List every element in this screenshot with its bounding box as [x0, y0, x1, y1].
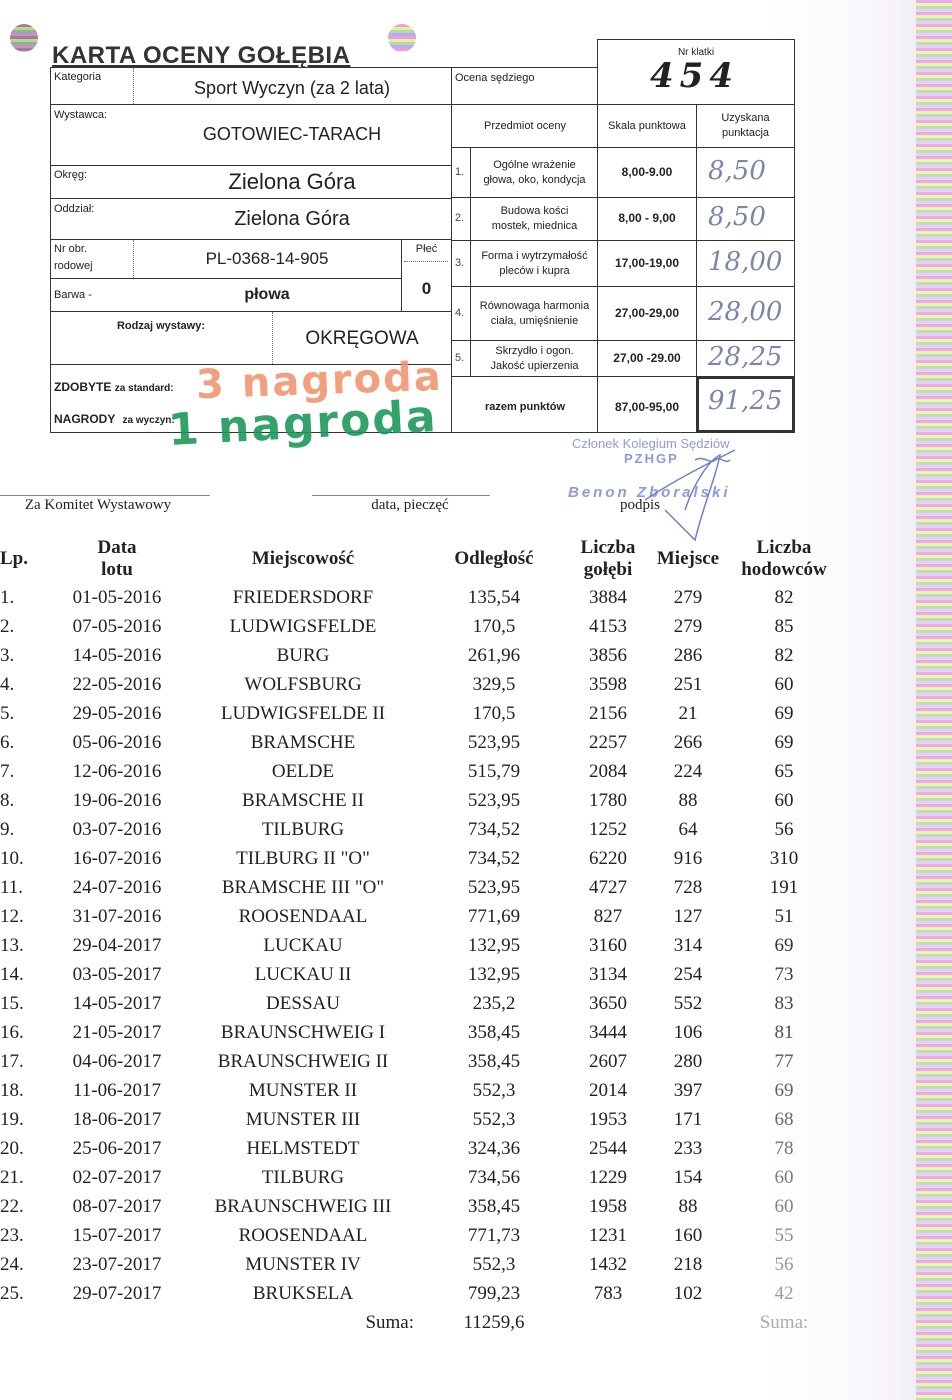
flight-distance: 523,95	[424, 728, 564, 757]
judge-row-score: 8,50	[708, 156, 766, 186]
flight-date: 29-05-2016	[52, 699, 182, 728]
flight-distance: 552,3	[424, 1105, 564, 1134]
judge-row-subject: Równowaga harmoniaciała, umięśnienie	[470, 299, 599, 329]
flight-place: 286	[652, 641, 724, 670]
flight-pigeons: 1231	[564, 1221, 652, 1250]
flight-place: 266	[652, 728, 724, 757]
flight-lp: 5.	[0, 699, 52, 728]
flight-place: 279	[652, 612, 724, 641]
flight-date: 21-05-2017	[52, 1018, 182, 1047]
branch-label: Oddział:	[54, 203, 94, 215]
flight-place: 171	[652, 1105, 724, 1134]
flight-breeders: 82	[724, 583, 844, 612]
flight-distance: 734,52	[424, 815, 564, 844]
flight-lp: 25.	[0, 1279, 52, 1308]
flight-pigeons: 6220	[564, 844, 652, 873]
flight-date: 24-07-2016	[52, 873, 182, 902]
col-date: Datalotu	[52, 535, 182, 583]
flight-place: 64	[652, 815, 724, 844]
judge-row-number: 4.	[455, 307, 464, 319]
flight-row: 8.19-06-2016BRAMSCHE II523,9517808860	[0, 786, 844, 815]
flight-row: 16.21-05-2017BRAUNSCHWEIG I358,453444106…	[0, 1018, 844, 1047]
flight-date: 23-07-2017	[52, 1250, 182, 1279]
flight-breeders: 81	[724, 1018, 844, 1047]
category-label: Kategoria	[54, 71, 101, 83]
punch-hole-right	[388, 24, 416, 52]
flight-city: DESSAU	[182, 989, 424, 1018]
flight-breeders: 51	[724, 902, 844, 931]
flight-lp: 24.	[0, 1250, 52, 1279]
sex-value: 0	[401, 279, 452, 299]
flight-pigeons: 2257	[564, 728, 652, 757]
col-pigeons: Liczbagołębi	[564, 535, 652, 583]
judge-row-score: 28,25	[708, 342, 782, 372]
flight-breeders: 77	[724, 1047, 844, 1076]
flight-lp: 23.	[0, 1221, 52, 1250]
flight-pigeons: 2156	[564, 699, 652, 728]
flight-pigeons: 4153	[564, 612, 652, 641]
signature-scribble-icon	[625, 440, 745, 550]
col-distance: Odległość	[424, 535, 564, 583]
flight-date: 07-05-2016	[52, 612, 182, 641]
flight-place: 251	[652, 670, 724, 699]
flight-breeders: 85	[724, 612, 844, 641]
flight-lp: 2.	[0, 612, 52, 641]
flight-distance: 170,5	[424, 612, 564, 641]
flight-breeders: 42	[724, 1279, 844, 1308]
flight-breeders: 310	[724, 844, 844, 873]
awards-label-2: NAGRODY za wyczyn:	[54, 412, 175, 426]
scale-header: Skala punktowa	[597, 119, 697, 134]
flight-row: 15.14-05-2017DESSAU235,2365055283	[0, 989, 844, 1018]
flight-row: 4.22-05-2016WOLFSBURG329,5359825160	[0, 670, 844, 699]
flight-date: 14-05-2016	[52, 641, 182, 670]
color-label: Barwa -	[54, 289, 92, 301]
punch-hole-left	[10, 24, 38, 52]
flight-distance: 771,69	[424, 902, 564, 931]
flight-place: 21	[652, 699, 724, 728]
flight-place: 397	[652, 1076, 724, 1105]
flight-pigeons: 1432	[564, 1250, 652, 1279]
flight-distance: 734,56	[424, 1163, 564, 1192]
flight-date: 05-06-2016	[52, 728, 182, 757]
flight-place: 106	[652, 1018, 724, 1047]
flight-row: 9.03-07-2016TILBURG734,5212526456	[0, 815, 844, 844]
flight-row: 25.29-07-2017BRUKSELA799,2378310242	[0, 1279, 844, 1308]
judge-row-number: 1.	[455, 166, 464, 178]
flight-place: 280	[652, 1047, 724, 1076]
sex-label: Płeć	[401, 243, 452, 255]
flight-pigeons: 3650	[564, 989, 652, 1018]
flight-distance: 135,54	[424, 583, 564, 612]
flight-place: 916	[652, 844, 724, 873]
flight-city: MUNSTER III	[182, 1105, 424, 1134]
flight-city: TILBURG II "O"	[182, 844, 424, 873]
flight-breeders: 60	[724, 786, 844, 815]
flight-city: TILBURG	[182, 1163, 424, 1192]
flight-city: ROOSENDAAL	[182, 1221, 424, 1250]
flight-date: 25-06-2017	[52, 1134, 182, 1163]
flight-place: 224	[652, 757, 724, 786]
flight-row: 12.31-07-2016ROOSENDAAL771,6982712751	[0, 902, 844, 931]
flight-lp: 15.	[0, 989, 52, 1018]
judge-row-score: 28,00	[708, 297, 782, 327]
flight-lp: 17.	[0, 1047, 52, 1076]
flight-row: 23.15-07-2017ROOSENDAAL771,73123116055	[0, 1221, 844, 1250]
flight-breeders: 60	[724, 1192, 844, 1221]
flight-row: 19.18-06-2017MUNSTER III552,3195317168	[0, 1105, 844, 1134]
flight-lp: 6.	[0, 728, 52, 757]
flight-distance: 734,52	[424, 844, 564, 873]
flight-city: LUCKAU	[182, 931, 424, 960]
sum-distance: 11259,6	[424, 1308, 564, 1337]
flight-pigeons: 1780	[564, 786, 652, 815]
flight-distance: 523,95	[424, 786, 564, 815]
flight-pigeons: 4727	[564, 873, 652, 902]
judge-row-number: 5.	[455, 352, 464, 364]
ring-label-2: rodowej	[54, 260, 93, 272]
flight-lp: 9.	[0, 815, 52, 844]
flight-lp: 21.	[0, 1163, 52, 1192]
flight-breeders: 55	[724, 1221, 844, 1250]
flight-breeders: 82	[724, 641, 844, 670]
flight-place: 314	[652, 931, 724, 960]
flight-pigeons: 2014	[564, 1076, 652, 1105]
total-scale: 87,00-95,00	[597, 400, 697, 415]
exhibitor-label: Wystawca:	[54, 109, 107, 121]
flight-place: 728	[652, 873, 724, 902]
flight-pigeons: 2607	[564, 1047, 652, 1076]
ring-number: PL-0368-14-905	[134, 249, 400, 269]
flight-breeders: 83	[724, 989, 844, 1018]
flight-pigeons: 783	[564, 1279, 652, 1308]
flight-row: 11.24-07-2016BRAMSCHE III "O"523,9547277…	[0, 873, 844, 902]
flight-date: 11-06-2017	[52, 1076, 182, 1105]
flight-distance: 552,3	[424, 1076, 564, 1105]
flight-lp: 1.	[0, 583, 52, 612]
flight-city: WOLFSBURG	[182, 670, 424, 699]
flight-breeders: 65	[724, 757, 844, 786]
flight-place: 160	[652, 1221, 724, 1250]
flight-distance: 235,2	[424, 989, 564, 1018]
flight-lp: 16.	[0, 1018, 52, 1047]
flight-row: 18.11-06-2017MUNSTER II552,3201439769	[0, 1076, 844, 1105]
flight-lp: 10.	[0, 844, 52, 873]
flight-distance: 799,23	[424, 1279, 564, 1308]
flights-table: Lp. Datalotu Miejscowość Odległość Liczb…	[0, 535, 844, 1337]
flight-city: BRAMSCHE III "O"	[182, 873, 424, 902]
sum-row: Suma: 11259,6 Suma:	[0, 1308, 844, 1337]
flight-date: 19-06-2016	[52, 786, 182, 815]
flight-distance: 771,73	[424, 1221, 564, 1250]
flight-row: 21.02-07-2017TILBURG734,56122915460	[0, 1163, 844, 1192]
flight-date: 31-07-2016	[52, 902, 182, 931]
ring-label-1: Nr obr.	[54, 243, 87, 255]
exhibitor-value: GOTOWIEC-TARACH	[134, 124, 450, 145]
flight-date: 18-06-2017	[52, 1105, 182, 1134]
flight-date: 15-07-2017	[52, 1221, 182, 1250]
flight-lp: 14.	[0, 960, 52, 989]
flight-lp: 13.	[0, 931, 52, 960]
flight-breeders: 78	[724, 1134, 844, 1163]
col-lp: Lp.	[0, 535, 52, 583]
awards-label-1: ZDOBYTE za standard:	[54, 380, 174, 394]
judge-row-number: 2.	[455, 212, 464, 224]
flight-place: 552	[652, 989, 724, 1018]
district-label: Okręg:	[54, 169, 87, 181]
flight-place: 218	[652, 1250, 724, 1279]
flight-distance: 358,45	[424, 1047, 564, 1076]
flight-date: 29-07-2017	[52, 1279, 182, 1308]
flight-lp: 20.	[0, 1134, 52, 1163]
flight-city: LUDWIGSFELDE	[182, 612, 424, 641]
flight-distance: 358,45	[424, 1192, 564, 1221]
flight-lp: 19.	[0, 1105, 52, 1134]
col-city: Miejscowość	[182, 535, 424, 583]
flight-city: BRAUNSCHWEIG III	[182, 1192, 424, 1221]
flight-pigeons: 2544	[564, 1134, 652, 1163]
flight-row: 20.25-06-2017HELMSTEDT324,36254423378	[0, 1134, 844, 1163]
flight-distance: 515,79	[424, 757, 564, 786]
score-header-1: Uzyskana	[696, 111, 795, 126]
col-place: Miejsce	[652, 535, 724, 583]
flight-city: BURG	[182, 641, 424, 670]
flight-breeders: 60	[724, 1163, 844, 1192]
flight-pigeons: 1229	[564, 1163, 652, 1192]
flight-lp: 12.	[0, 902, 52, 931]
district-value: Zielona Góra	[134, 169, 450, 195]
flight-city: MUNSTER IV	[182, 1250, 424, 1279]
sum-label: Suma:	[182, 1308, 424, 1337]
judge-row-subject: Forma i wytrzymałośćpleców i kupra	[470, 249, 599, 279]
judge-row-scale: 27,00 -29.00	[597, 351, 697, 366]
committee-label: Za Komitet Wystawowy	[0, 497, 196, 514]
score-header-2: punktacja	[696, 126, 795, 141]
judge-row-subject: Budowa kościmostek, miednica	[470, 204, 599, 234]
flight-city: BRAMSCHE II	[182, 786, 424, 815]
judge-row-number: 3.	[455, 257, 464, 269]
flight-lp: 18.	[0, 1076, 52, 1105]
flight-distance: 170,5	[424, 699, 564, 728]
judge-row-subject: Skrzydło i ogon.Jakość upierzenia	[470, 344, 599, 374]
flight-date: 22-05-2016	[52, 670, 182, 699]
subject-header: Przedmiot oceny	[451, 119, 599, 134]
flight-date: 12-06-2016	[52, 757, 182, 786]
flight-row: 14.03-05-2017LUCKAU II132,95313425473	[0, 960, 844, 989]
judge-row-scale: 27,00-29,00	[597, 306, 697, 321]
total-label: razem punktów	[451, 400, 599, 415]
flight-row: 24.23-07-2017MUNSTER IV552,3143221856	[0, 1250, 844, 1279]
flight-date: 08-07-2017	[52, 1192, 182, 1221]
flight-row: 10.16-07-2016TILBURG II "O"734,526220916…	[0, 844, 844, 873]
flight-place: 233	[652, 1134, 724, 1163]
flight-breeders: 69	[724, 699, 844, 728]
flight-distance: 324,36	[424, 1134, 564, 1163]
flight-city: BRAUNSCHWEIG II	[182, 1047, 424, 1076]
flight-distance: 552,3	[424, 1250, 564, 1279]
flight-distance: 132,95	[424, 931, 564, 960]
flight-distance: 523,95	[424, 873, 564, 902]
flight-place: 127	[652, 902, 724, 931]
flight-breeders: 56	[724, 1250, 844, 1279]
flight-lp: 8.	[0, 786, 52, 815]
flight-place: 88	[652, 1192, 724, 1221]
judge-row-score: 8,50	[708, 202, 766, 232]
flight-row: 2.07-05-2016LUDWIGSFELDE170,5415327985	[0, 612, 844, 641]
flight-city: BRAMSCHE	[182, 728, 424, 757]
flight-place: 254	[652, 960, 724, 989]
flight-date: 01-05-2016	[52, 583, 182, 612]
flight-row: 1.01-05-2016FRIEDERSDORF135,54388427982	[0, 583, 844, 612]
flight-date: 04-06-2017	[52, 1047, 182, 1076]
flight-city: ROOSENDAAL	[182, 902, 424, 931]
flight-pigeons: 2084	[564, 757, 652, 786]
flight-row: 3.14-05-2016BURG261,96385628682	[0, 641, 844, 670]
flight-lp: 11.	[0, 873, 52, 902]
flight-date: 29-04-2017	[52, 931, 182, 960]
flight-breeders: 56	[724, 815, 844, 844]
flight-city: LUDWIGSFELDE II	[182, 699, 424, 728]
col-breeders: Liczbahodowców	[724, 535, 844, 583]
flight-row: 22.08-07-2017BRAUNSCHWEIG III358,4519588…	[0, 1192, 844, 1221]
scan-artifact-stripe	[916, 0, 952, 1400]
judge-row-scale: 8,00-9.00	[597, 165, 697, 180]
form-title: KARTA OCENY GOŁĘBIA	[52, 42, 350, 70]
flight-breeders: 191	[724, 873, 844, 902]
flight-breeders: 69	[724, 1076, 844, 1105]
flight-city: OELDE	[182, 757, 424, 786]
flight-place: 88	[652, 786, 724, 815]
category-value: Sport Wyczyn (za 2 lata)	[134, 78, 450, 99]
flight-city: MUNSTER II	[182, 1076, 424, 1105]
flight-row: 13.29-04-2017LUCKAU132,95316031469	[0, 931, 844, 960]
judge-row-score: 18,00	[708, 247, 782, 277]
flight-breeders: 69	[724, 931, 844, 960]
flight-place: 154	[652, 1163, 724, 1192]
flight-date: 14-05-2017	[52, 989, 182, 1018]
date-stamp-label: data, pieczęć	[340, 497, 480, 514]
flight-city: TILBURG	[182, 815, 424, 844]
judge-row-scale: 17,00-19,00	[597, 256, 697, 271]
flights-header-row: Lp. Datalotu Miejscowość Odległość Liczb…	[0, 535, 844, 583]
total-score: 91,25	[708, 386, 782, 416]
flight-distance: 358,45	[424, 1018, 564, 1047]
flight-city: LUCKAU II	[182, 960, 424, 989]
flight-pigeons: 3160	[564, 931, 652, 960]
show-type-value: OKRĘGOWA	[273, 328, 451, 350]
flight-row: 5.29-05-2016LUDWIGSFELDE II170,521562169	[0, 699, 844, 728]
color-value: płowa	[134, 286, 400, 304]
flight-date: 16-07-2016	[52, 844, 182, 873]
flight-place: 279	[652, 583, 724, 612]
judge-label: Ocena sędziego	[455, 72, 535, 84]
flight-date: 03-05-2017	[52, 960, 182, 989]
flight-breeders: 73	[724, 960, 844, 989]
flight-pigeons: 1953	[564, 1105, 652, 1134]
flight-date: 02-07-2017	[52, 1163, 182, 1192]
flight-distance: 329,5	[424, 670, 564, 699]
flight-row: 7.12-06-2016OELDE515,79208422465	[0, 757, 844, 786]
judge-row-scale: 8,00 - 9,00	[597, 211, 697, 226]
flight-date: 03-07-2016	[52, 815, 182, 844]
flight-pigeons: 3884	[564, 583, 652, 612]
flight-city: FRIEDERSDORF	[182, 583, 424, 612]
flight-lp: 4.	[0, 670, 52, 699]
flight-breeders: 69	[724, 728, 844, 757]
flight-row: 17.04-06-2017BRAUNSCHWEIG II358,45260728…	[0, 1047, 844, 1076]
branch-value: Zielona Góra	[134, 208, 450, 231]
flight-place: 102	[652, 1279, 724, 1308]
flight-pigeons: 1958	[564, 1192, 652, 1221]
sum-label-right: Suma:	[724, 1308, 844, 1337]
flight-breeders: 68	[724, 1105, 844, 1134]
flight-lp: 7.	[0, 757, 52, 786]
flight-city: BRAUNSCHWEIG I	[182, 1018, 424, 1047]
flight-pigeons: 1252	[564, 815, 652, 844]
flight-pigeons: 827	[564, 902, 652, 931]
show-type-label: Rodzaj wystawy:	[50, 320, 272, 332]
flight-pigeons: 3598	[564, 670, 652, 699]
flight-pigeons: 3444	[564, 1018, 652, 1047]
judge-row-subject: Ogólne wrażeniegłowa, oko, kondycja	[470, 158, 599, 188]
flight-lp: 3.	[0, 641, 52, 670]
flight-city: HELMSTEDT	[182, 1134, 424, 1163]
flight-distance: 132,95	[424, 960, 564, 989]
flight-pigeons: 3856	[564, 641, 652, 670]
flight-city: BRUKSELA	[182, 1279, 424, 1308]
flight-pigeons: 3134	[564, 960, 652, 989]
flight-distance: 261,96	[424, 641, 564, 670]
flight-breeders: 60	[724, 670, 844, 699]
cage-number: 454	[650, 56, 739, 96]
flight-row: 6.05-06-2016BRAMSCHE523,95225726669	[0, 728, 844, 757]
flight-lp: 22.	[0, 1192, 52, 1221]
